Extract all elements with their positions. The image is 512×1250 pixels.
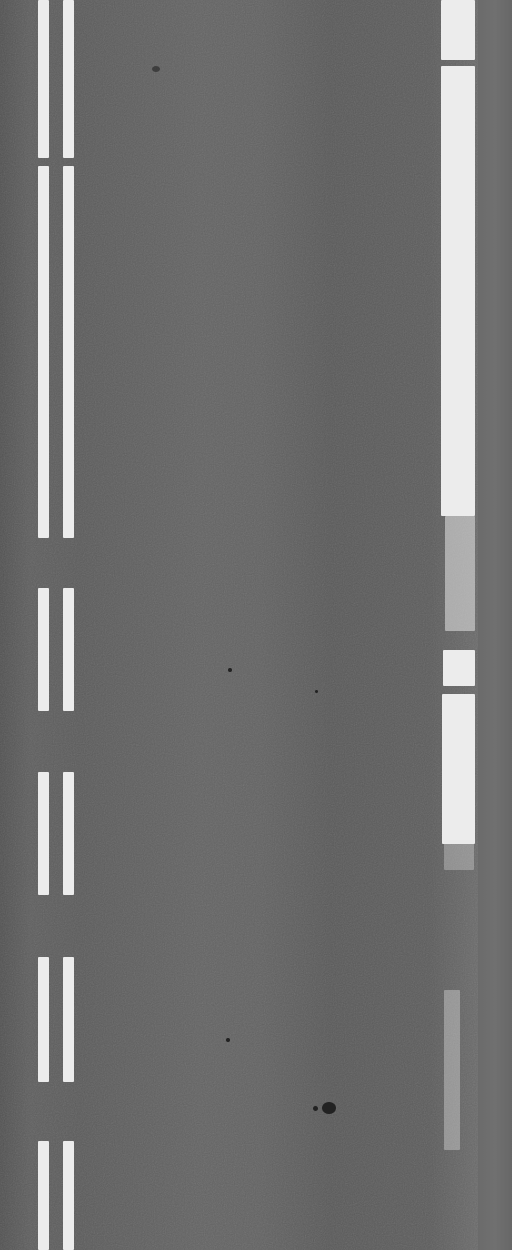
debris-spot [315,690,318,693]
road-shoulder [478,0,512,1250]
edge-line-worn [444,840,474,870]
center-line-dash [38,166,49,538]
oil-stain [322,1102,336,1114]
edge-line-segment [443,650,475,686]
center-line-dash [63,588,74,711]
edge-line-segment [441,66,475,516]
edge-line-segment [442,694,475,844]
center-line-dash [63,957,74,1082]
edge-line-segment [441,0,475,60]
edge-line-worn [445,516,475,631]
center-line-dash [38,588,49,711]
center-line-dash [63,772,74,895]
oil-stain [313,1106,318,1111]
debris-spot [228,668,232,672]
center-line-dash [38,772,49,895]
center-line-dash [63,0,74,158]
center-line-dash [38,957,49,1082]
center-line-dash [38,1141,49,1250]
debris-spot [226,1038,230,1042]
debris-spot [152,66,160,72]
edge-line-worn [444,990,460,1150]
center-line-dash [63,166,74,538]
road-scene [0,0,512,1250]
asphalt-texture [0,0,512,1250]
center-line-dash [63,1141,74,1250]
center-line-dash [38,0,49,158]
